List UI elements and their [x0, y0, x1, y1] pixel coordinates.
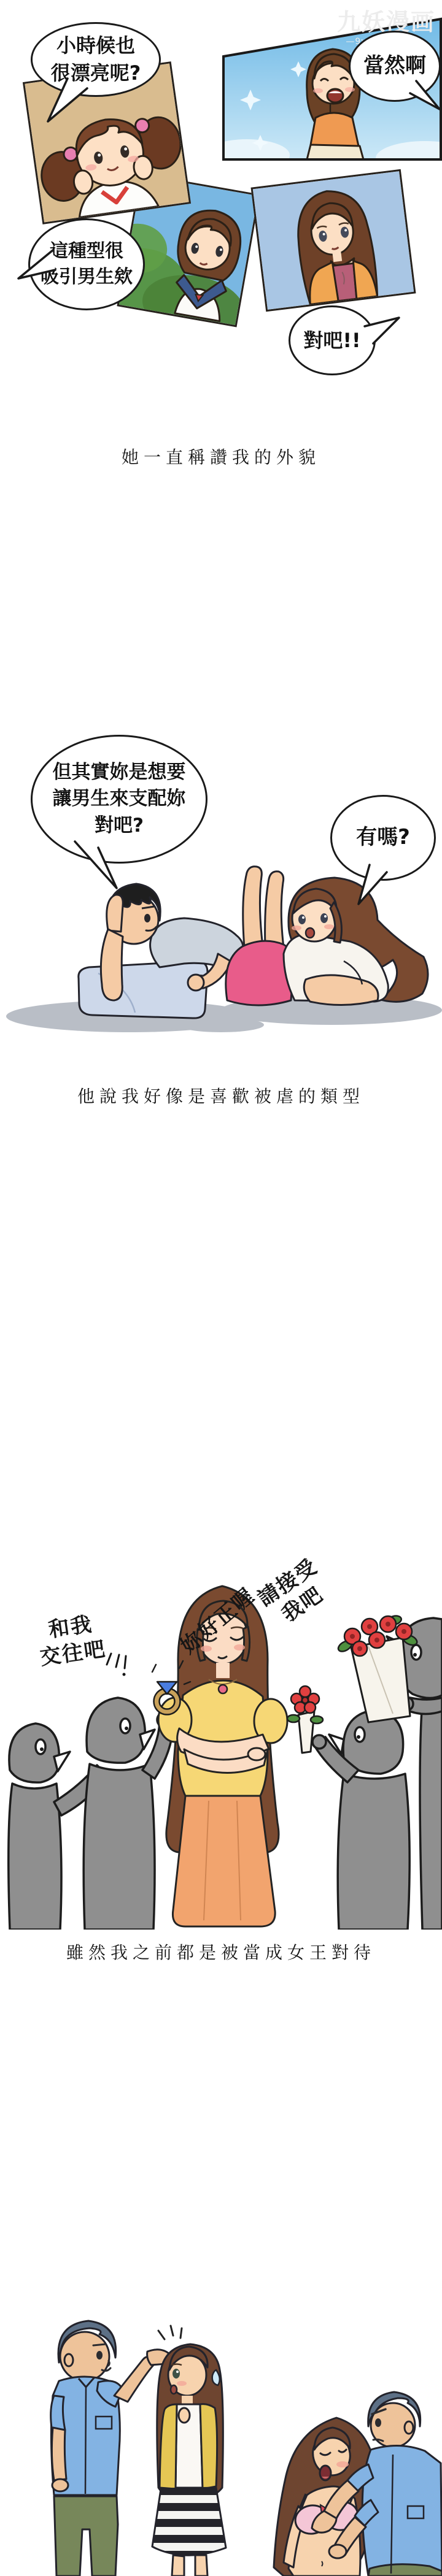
bouquet-icon [336, 1614, 419, 1722]
narration-caption-1: 她一直稱讚我的外貌 [0, 444, 442, 469]
speech-bubble-childhood: 小時候也 很漂亮呢? [31, 22, 161, 97]
speech-bubble-right: 對吧!! [289, 305, 376, 375]
bubble-line: 但其實妳是想要 [53, 759, 186, 786]
bubble-line: 讓男生來支配妳 [53, 786, 186, 812]
speech-bubble-dominate: 但其實妳是想要 讓男生來支配妳 對吧? [31, 735, 207, 864]
narration-caption-2: 他說我好像是喜歡被虐的類型 [0, 1083, 442, 1108]
comic-page: 九妖漫画 —9yaomh.com— [0, 0, 442, 2576]
gray-admirer-with-flower [312, 1710, 409, 1930]
bubble-line: 小時候也 [56, 32, 135, 59]
emphasis-marks-icon [103, 1649, 130, 1679]
speech-bubble-of-course: 當然啊 [349, 31, 441, 102]
bubble-line: 這種型很 [50, 239, 123, 264]
surprise-marks-icon [158, 2326, 182, 2339]
scene-couples [0, 2304, 442, 2576]
shout-date-me: 和我 交往吧 [35, 1610, 108, 1671]
photo-adult-woman [250, 169, 416, 312]
bubble-line: 有嗎? [356, 823, 410, 853]
character-lying-woman [226, 867, 428, 1005]
gray-admirer-with-ring [83, 1698, 173, 1930]
bubble-line: 當然啊 [363, 52, 426, 81]
speech-bubble-really: 有嗎? [330, 795, 436, 881]
bubble-line: 對吧!! [303, 327, 360, 355]
character-grabbed-woman [274, 2418, 376, 2576]
narration-caption-3: 雖然我之前都是被當成女王對待 [0, 1939, 442, 1964]
speech-bubble-attract: 這種型很 吸引男生欸 [28, 218, 145, 310]
bubble-line: 對吧? [95, 813, 144, 839]
pillow [79, 961, 207, 1018]
